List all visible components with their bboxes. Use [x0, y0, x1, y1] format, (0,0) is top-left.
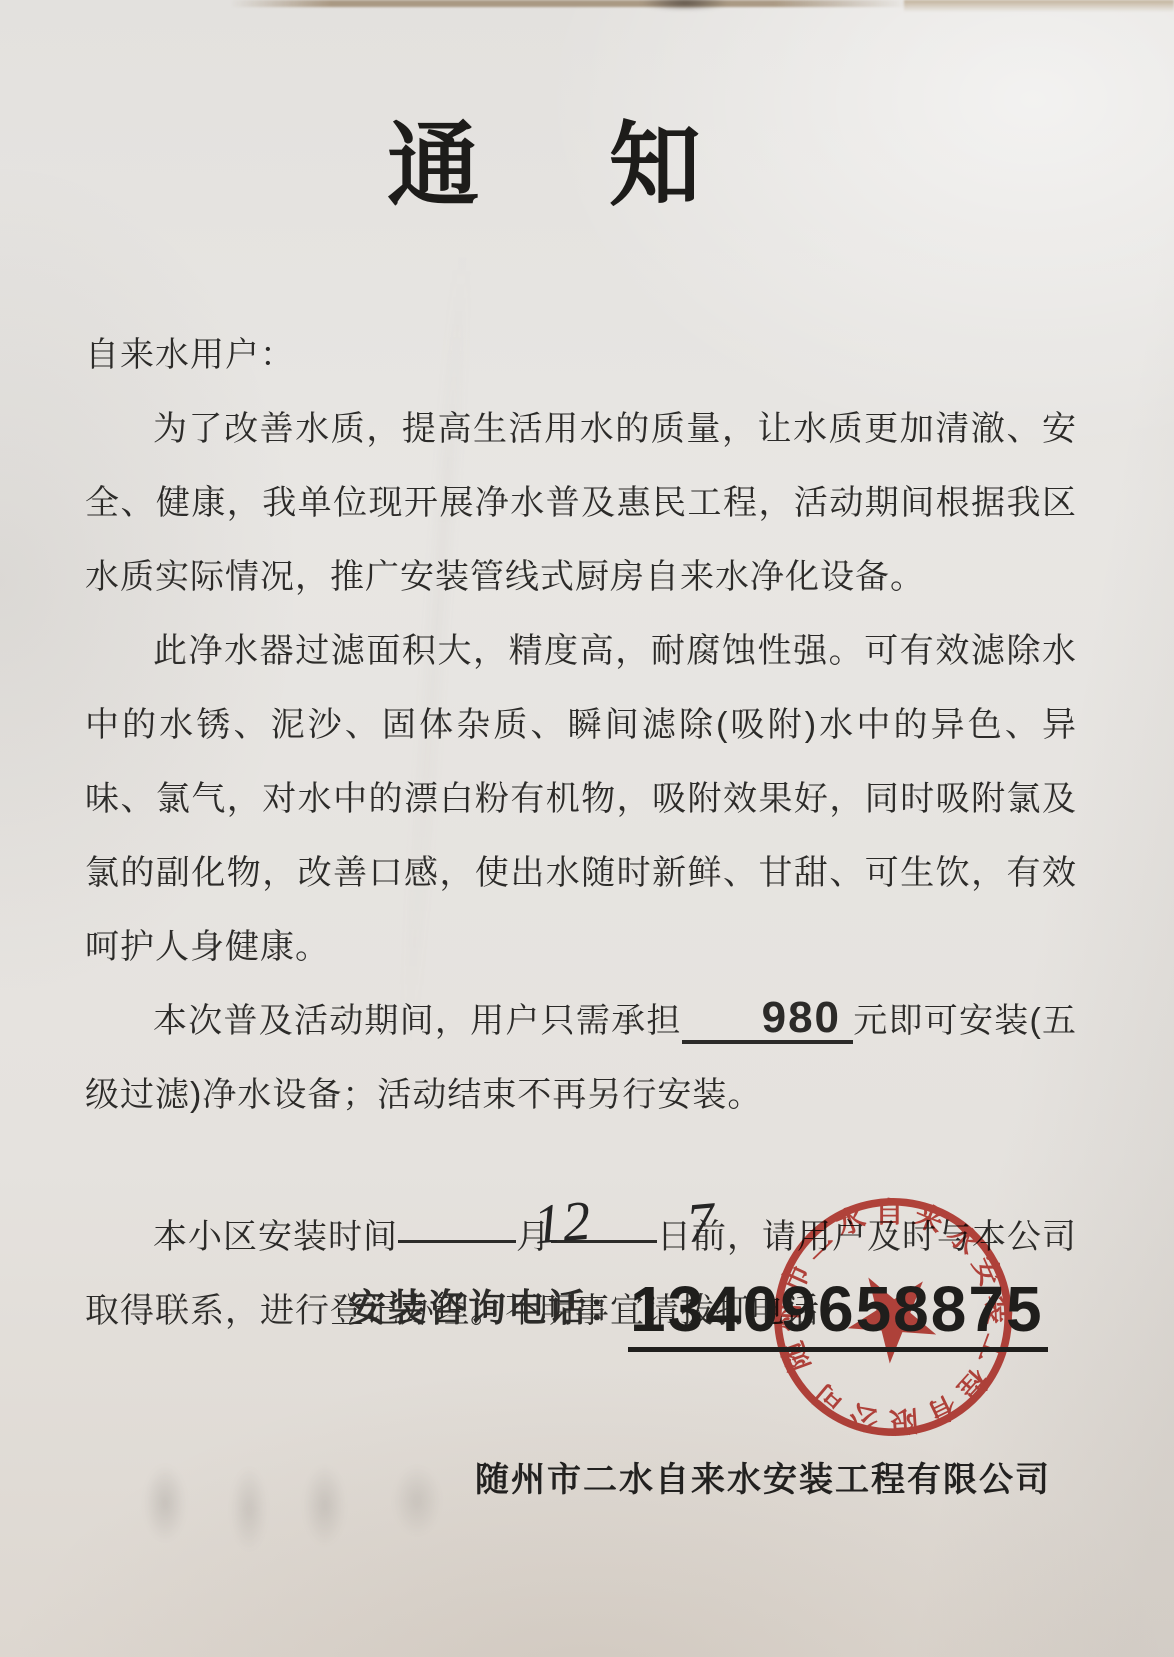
company-signature: 随州市二水自来水安装工程有限公司: [475, 1452, 1051, 1501]
phone-line: 安装咨询电话：13409658875: [348, 1272, 1048, 1346]
paragraph-1: 为了改善水质，提高生活用水的质量，让水质更加清澈、安全、健康，我单位现开展净水普…: [85, 392, 1077, 614]
notice-document: 通 知 自来水用户： 为了改善水质，提高生活用水的质量，让水质更加清澈、安全、健…: [0, 0, 1174, 1657]
price-value: 980: [682, 996, 853, 1044]
photo-table-edge: [230, 0, 910, 7]
ink-bleed-through: [60, 1455, 480, 1575]
notice-title: 通 知: [0, 92, 1140, 224]
handwritten-month: 12: [464, 1201, 593, 1252]
photo-background-corner: [904, 0, 1174, 12]
paragraph-2: 此净水器过滤面积大，精度高，耐腐蚀性强。可有效滤除水中的水锈、泥沙、固体杂质、瞬…: [85, 614, 1077, 984]
photo-smudge: [640, 0, 730, 10]
salutation: 自来水用户：: [85, 318, 1077, 392]
phone-label: 安装咨询电话：: [348, 1288, 628, 1330]
month-blank: 12: [398, 1200, 516, 1243]
paragraph-3: 本次普及活动期间，用户只需承担980元即可安装(五级过滤)净水设备；活动结束不再…: [85, 984, 1077, 1132]
date-prefix: 本小区安装时间: [153, 1218, 398, 1256]
phone-number: 13409658875: [628, 1273, 1048, 1352]
paragraph-3-before-price: 本次普及活动期间，用户只需承担: [153, 1002, 682, 1040]
handwritten-day: 7: [617, 1202, 717, 1250]
